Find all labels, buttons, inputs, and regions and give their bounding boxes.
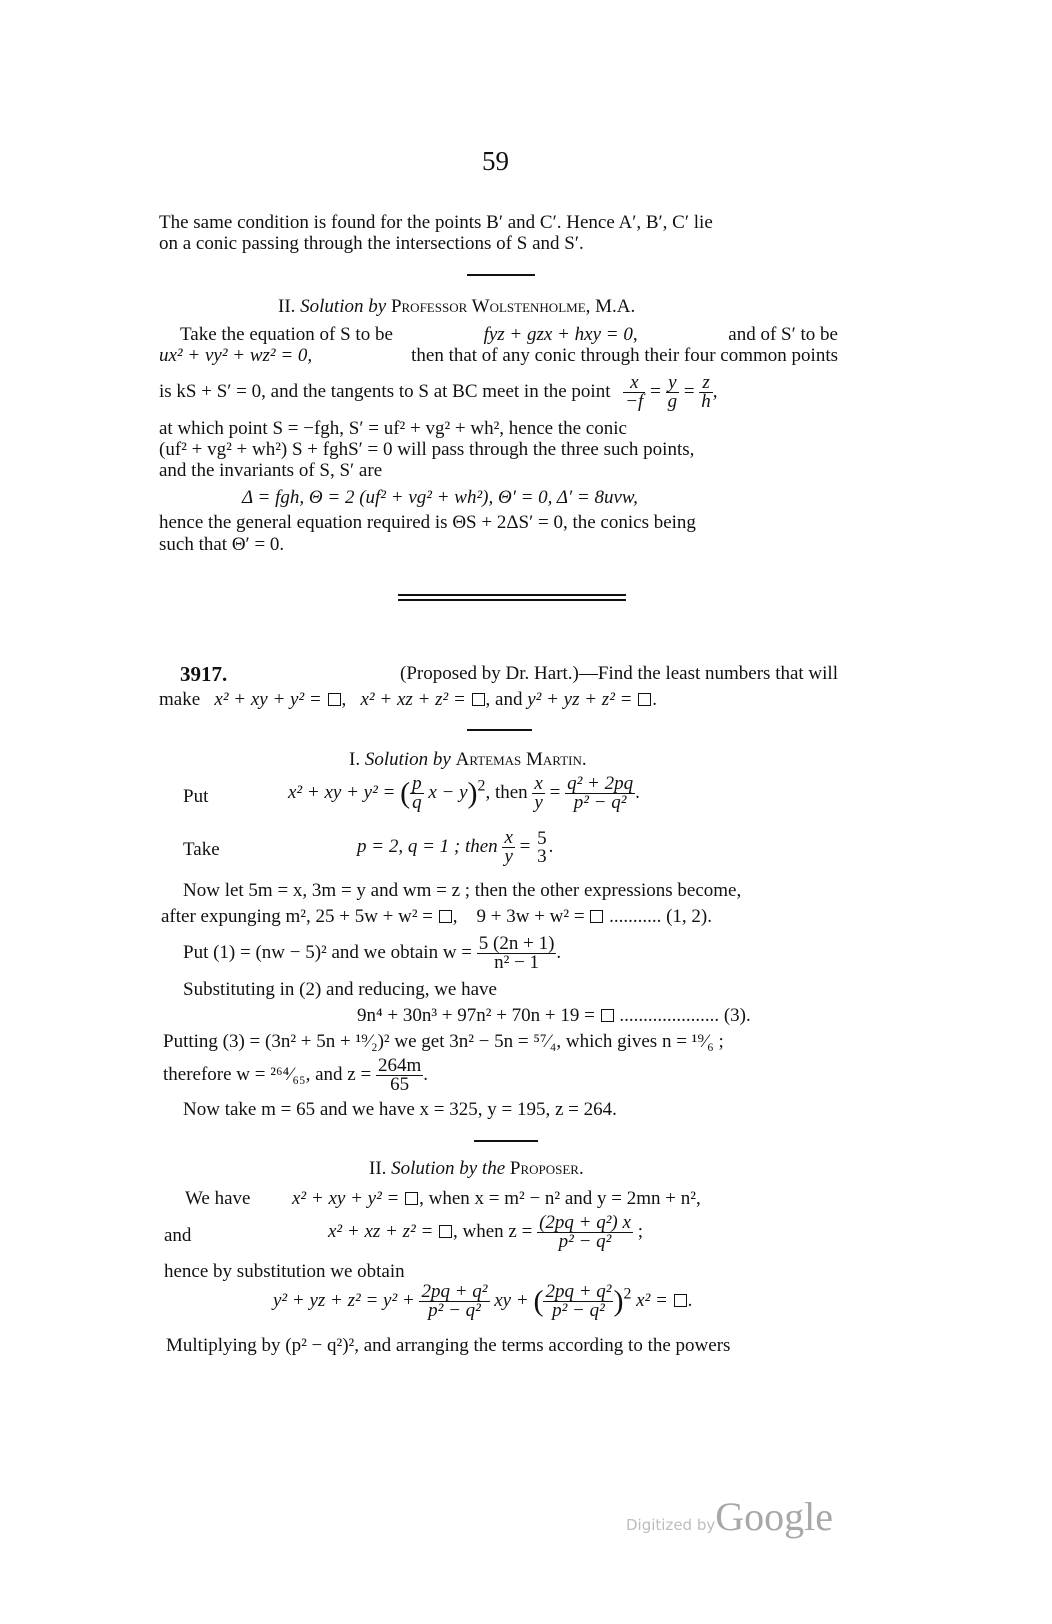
equation-ref: ..................... (3). [619,1005,750,1026]
text: 9 + 3w + w² = [477,906,585,927]
heading-numeral: II. [278,296,295,317]
denominator: 3 [535,848,549,866]
fraction: 2pq + q²p² − q² [419,1283,489,1320]
denominator: y [532,794,544,812]
wolstenholme-line-6: and the invariants of S, S′ are [159,460,382,482]
heading-name: Professor Wolstenholme, M.A. [391,296,635,317]
equation: x² + xy + y² = [292,1188,399,1209]
now-let-line: Now let 5m = x, 3m = y and wm = z ; then… [183,880,741,902]
square-symbol [638,693,651,706]
equation: 9n⁴ + 30n³ + 97n² + 70n + 19 = [357,1005,595,1026]
martin-heading: I. Solution by Artemas Martin. [349,749,587,771]
square-symbol [601,1009,614,1022]
put-label: Put [183,786,208,808]
we-have-equation: x² + xy + y² = , when x = m² − n² and y … [292,1188,701,1210]
exponent: 2 [623,1286,631,1303]
fraction: yg [666,374,680,411]
denominator: y [502,848,514,866]
denominator: n² − 1 [477,954,557,972]
denominator: p² − q² [543,1302,613,1320]
prev-solution-line-1: The same condition is found for the poin… [159,212,713,234]
therefore-line: therefore w = ²⁶⁴⁄₆₅, and z = 264m65. [163,1057,428,1094]
text: after expunging m², 25 + 5w + w² = [161,906,433,927]
equation: p = 2, q = 1 ; then [357,836,498,857]
wolstenholme-line-1: Take the equation of S to be fyz + gzx +… [180,324,838,346]
fraction: q² + 2pqp² − q² [565,775,635,812]
denominator: 65 [376,1076,423,1094]
square-symbol [328,693,341,706]
heading-numeral: II. [369,1158,386,1179]
substituting-line: Substituting in (2) and reducing, we hav… [183,979,497,1001]
text: make [159,689,200,710]
document-page: 59 The same condition is found for the p… [0,0,1052,1624]
equation-part: x² = [636,1290,668,1311]
heading-name: Proposer. [510,1158,584,1179]
question-3917-line-1: 3917. (Proposed by Dr. Hart.)—Find the l… [180,663,838,685]
invariants-equation: Δ = fgh, Θ = 2 (uf² + vg² + wh²), Θ′ = 0… [242,487,638,509]
take-label: Take [183,839,220,861]
put-1-line: Put (1) = (nw − 5)² and we obtain w = 5 … [183,935,561,972]
denominator: −f [623,393,645,411]
equation: fyz + gzx + hxy = 0, [484,324,638,346]
fraction: (2pq + q²) xp² − q² [537,1214,633,1251]
and-label: and [164,1225,191,1247]
equation-part: xy + [494,1290,528,1311]
denominator: p² − q² [565,794,635,812]
square-symbol [674,1294,687,1307]
text: and [495,689,522,710]
square-symbol [439,910,452,923]
fraction: 5 (2n + 1)n² − 1 [477,935,557,972]
equation: x² + xy + y² = [214,689,321,710]
and-equation: x² + xz + z² = , when z = (2pq + q²) xp²… [328,1214,643,1251]
prev-solution-line-2: on a conic passing through the intersect… [159,233,584,255]
heading-name: Artemas Martin. [456,749,587,770]
heading-italic: Solution by [365,749,451,770]
heading-italic: Solution by [300,296,386,317]
numerator: 5 [535,830,549,848]
section-divider [474,1140,538,1142]
heading-numeral: I. [349,749,360,770]
fraction: xy [502,829,514,866]
text: is kS + S′ = 0, and the tangents to S at… [159,381,610,402]
wolstenholme-line-8: such that Θ′ = 0. [159,534,284,556]
fraction: 264m65 [376,1057,423,1094]
final-values-line: Now take m = 65 and we have x = 325, y =… [183,1099,617,1121]
text: Put (1) = (nw − 5)² and we obtain w = [183,942,472,963]
fraction: xy [532,775,544,812]
text: Take the equation of S to be [180,324,393,346]
watermark-small-text: Digitized by [626,1516,715,1534]
fraction: 2pq + q²p² − q² [543,1283,613,1320]
square-symbol [472,693,485,706]
take-equation: p = 2, q = 1 ; then xy = 53. [357,829,553,866]
expunging-line: after expunging m², 25 + 5w + w² = , 9 +… [161,906,712,928]
google-logo-text: Google [715,1494,833,1539]
lhs: x² + xy + y² = [288,782,395,803]
wolstenholme-line-4: at which point S = −fgh, S′ = uf² + vg² … [159,418,627,440]
paren-rest: x − y [428,782,467,803]
equation-part: y² + yz + z² = y² + [273,1290,415,1311]
section-divider [467,274,535,276]
wolstenholme-line-2: ux² + vy² + wz² = 0, then that of any co… [159,345,838,367]
text: and of S′ to be [728,324,838,346]
equation-ref: ........... (1, 2). [609,906,712,927]
square-symbol [590,910,603,923]
equation: x² + xz + z² = [328,1221,433,1242]
text: then that of any conic through their fou… [411,345,838,367]
double-rule-bottom [398,599,626,601]
question-text: (Proposed by Dr. Hart.)—Find the least n… [400,663,838,685]
double-rule-top [398,594,626,596]
square-symbol [439,1225,452,1238]
proposer-heading: II. Solution by the Proposer. [369,1158,584,1180]
denominator: p² − q² [537,1233,633,1251]
equation: x² + xz + z² = [361,689,466,710]
putting-line: Putting (3) = (3n² + 5n + ¹⁹⁄₂)² we get … [163,1031,724,1053]
equation: y² + yz + z² = [527,689,632,710]
denominator: q [410,794,424,812]
fraction: x−f [623,374,645,411]
denominator: g [666,393,680,411]
text: , then [485,782,527,803]
page-number: 59 [482,146,509,177]
equation: ux² + vy² + wz² = 0, [159,345,312,367]
question-number: 3917. [180,663,227,685]
put-equation: x² + xy + y² = (pq x − y)2, then xy = q²… [288,775,640,812]
heading-italic: Solution by the [391,1158,505,1179]
final-equation: y² + yz + z² = y² + 2pq + q²p² − q² xy +… [273,1283,692,1320]
denominator: h [699,393,713,411]
wolstenholme-line-7: hence the general equation required is Θ… [159,512,696,534]
we-have-label: We have [185,1188,250,1210]
hence-substitution-line: hence by substitution we obtain [164,1261,405,1283]
question-3917-line-2: make x² + xy + y² = , x² + xz + z² = , a… [159,689,657,711]
square-symbol [405,1192,418,1205]
google-watermark: Digitized byGoogle [626,1493,833,1540]
text: , when z = [453,1221,532,1242]
wolstenholme-heading: II. Solution by Professor Wolstenholme, … [278,296,635,318]
section-divider [467,729,532,731]
fraction: pq [410,775,424,812]
fraction: zh [699,374,713,411]
wolstenholme-line-3: is kS + S′ = 0, and the tangents to S at… [159,374,718,411]
fraction: 53 [535,830,549,866]
text: , when x = m² − n² and y = 2mn + n², [419,1188,701,1209]
wolstenholme-line-5: (uf² + vg² + wh²) S + fghS′ = 0 will pas… [159,439,694,461]
quartic-line: 9n⁴ + 30n³ + 97n² + 70n + 19 = .........… [357,1005,751,1027]
text: therefore w = ²⁶⁴⁄₆₅, and z = [163,1064,371,1085]
denominator: p² − q² [419,1302,489,1320]
multiplying-line: Multiplying by (p² − q²)², and arranging… [166,1335,730,1357]
